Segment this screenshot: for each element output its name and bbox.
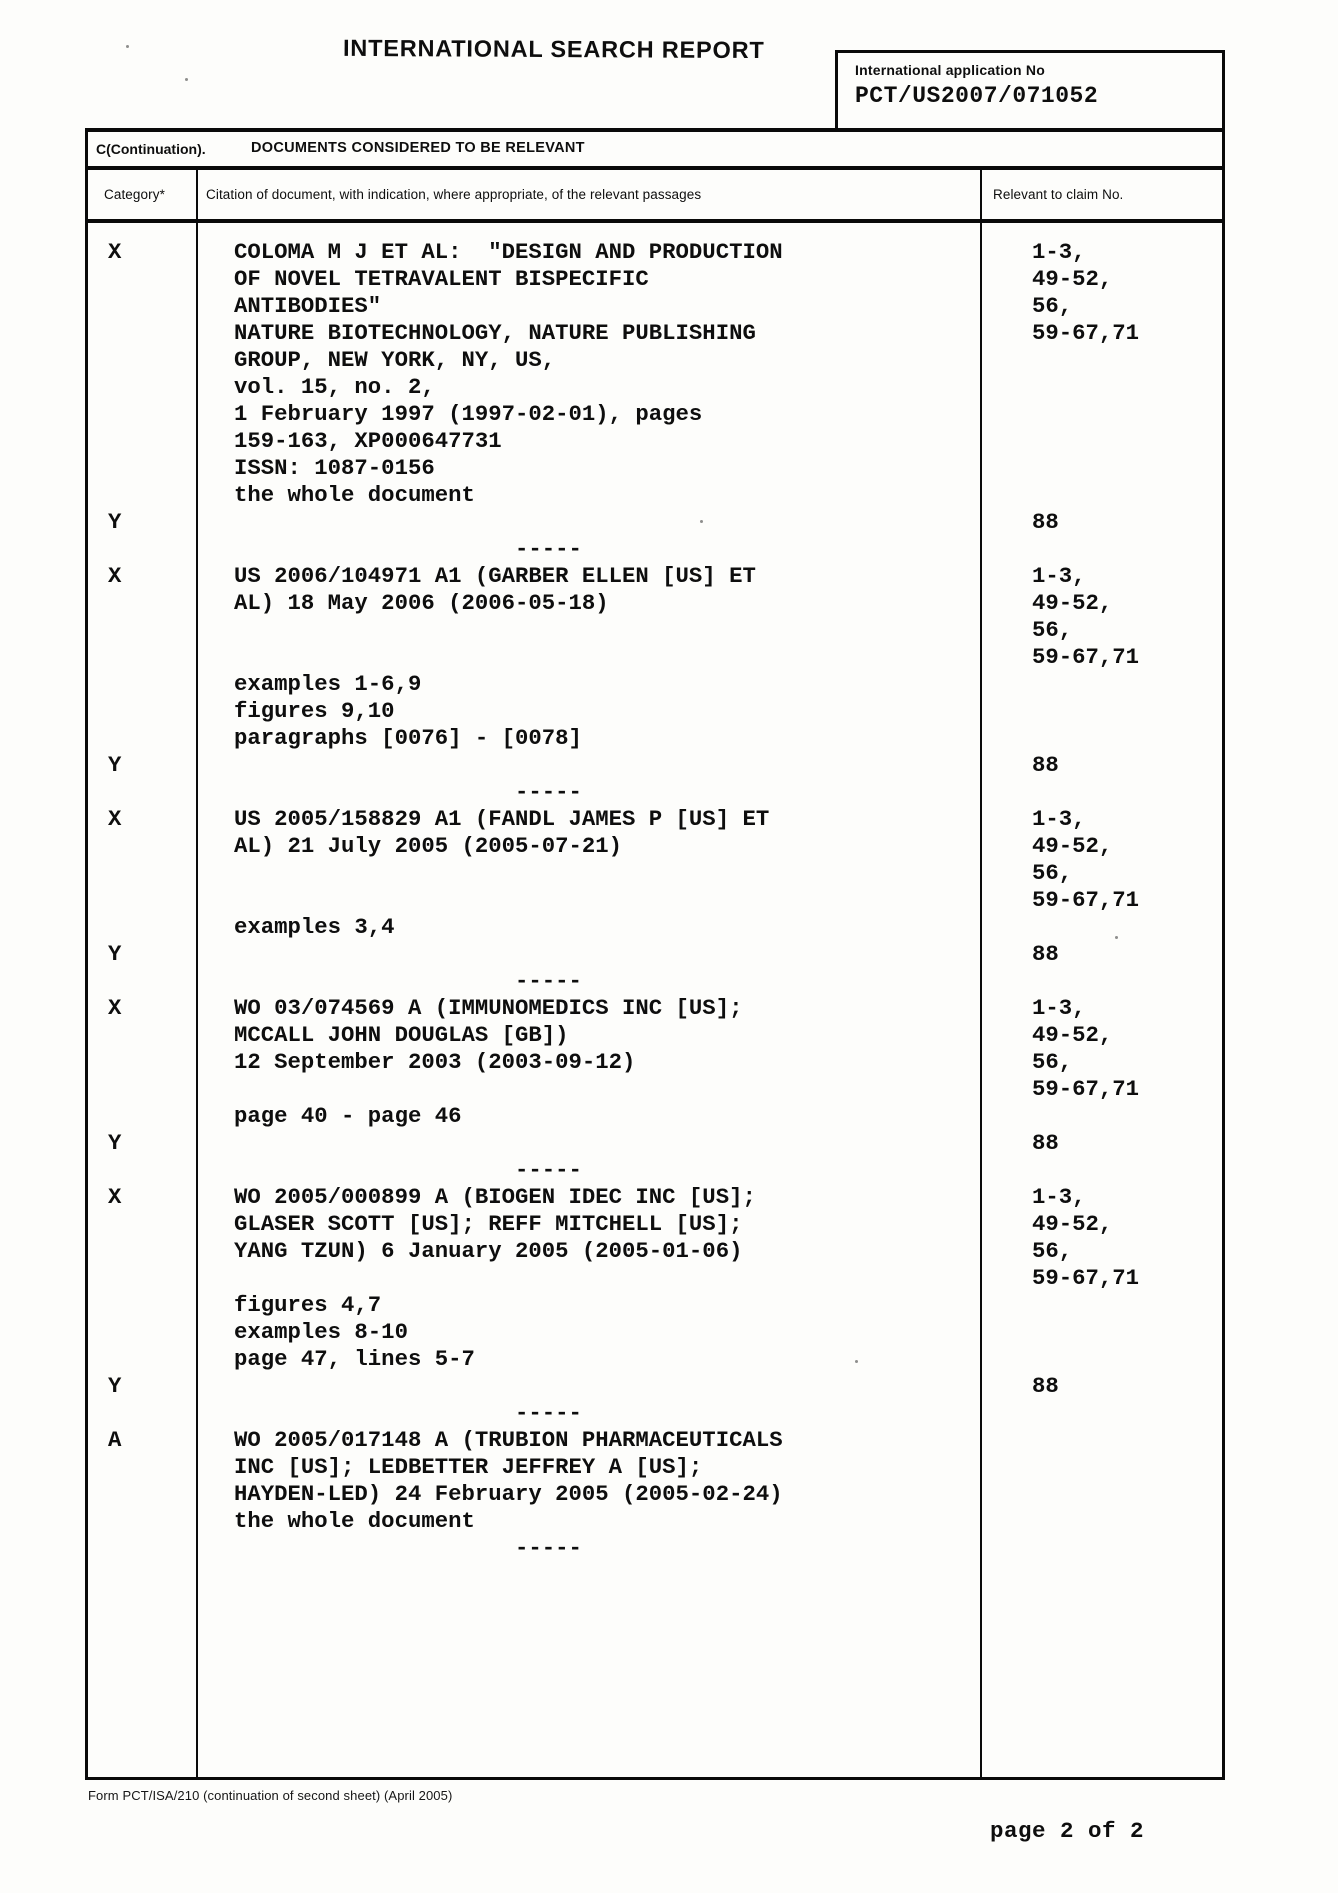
separator-row: ----- <box>88 1400 1222 1427</box>
column-header-citation: Citation of document, with indication, w… <box>206 187 701 202</box>
category-cell <box>88 1346 198 1373</box>
scan-speck <box>1115 936 1118 939</box>
category-cell <box>88 1535 198 1562</box>
citation-cell: US 2006/104971 A1 (GARBER ELLEN [US] ET <box>198 563 982 590</box>
table-line: 59-67,71 <box>88 1265 1222 1292</box>
table-line: YANG TZUN) 6 January 2005 (2005-01-06)56… <box>88 1238 1222 1265</box>
category-cell <box>88 293 198 320</box>
table-line: 59-67,71 <box>88 644 1222 671</box>
citation-cell: the whole document <box>198 482 982 509</box>
citation-cell: ANTIBODIES" <box>198 293 982 320</box>
citation-cell <box>198 860 982 887</box>
claims-cell <box>982 374 1222 401</box>
table-body: XCOLOMA M J ET AL: "DESIGN AND PRODUCTIO… <box>88 223 1222 1778</box>
citation-cell <box>198 617 982 644</box>
category-cell <box>88 914 198 941</box>
table-line: HAYDEN-LED) 24 February 2005 (2005-02-24… <box>88 1481 1222 1508</box>
table-line: MCCALL JOHN DOUGLAS [GB])49-52, <box>88 1022 1222 1049</box>
category-cell <box>88 536 198 563</box>
claims-cell <box>982 1103 1222 1130</box>
scan-speck <box>700 520 703 523</box>
table-line: Y88 <box>88 1373 1222 1400</box>
citation-cell: paragraphs [0076] - [0078] <box>198 725 982 752</box>
claims-cell: 49-52, <box>982 1211 1222 1238</box>
category-cell <box>88 1508 198 1535</box>
citation-cell: ----- <box>198 779 982 806</box>
claims-cell: 1-3, <box>982 1184 1222 1211</box>
citation-cell: ----- <box>198 1157 982 1184</box>
claims-cell <box>982 482 1222 509</box>
separator-row: ----- <box>88 1157 1222 1184</box>
citation-cell: WO 2005/000899 A (BIOGEN IDEC INC [US]; <box>198 1184 982 1211</box>
claims-cell <box>982 671 1222 698</box>
citation-cell: MCCALL JOHN DOUGLAS [GB]) <box>198 1022 982 1049</box>
claims-cell: 59-67,71 <box>982 1076 1222 1103</box>
category-cell <box>88 1238 198 1265</box>
scan-speck <box>855 1360 858 1363</box>
scan-speck <box>126 45 129 48</box>
table-line: page 47, lines 5-7 <box>88 1346 1222 1373</box>
application-number-label: International application No <box>855 62 1222 78</box>
table-line: Y88 <box>88 509 1222 536</box>
category-cell <box>88 347 198 374</box>
claims-cell: 1-3, <box>982 563 1222 590</box>
citation-cell: page 40 - page 46 <box>198 1103 982 1130</box>
claims-cell: 56, <box>982 1238 1222 1265</box>
claims-cell: 49-52, <box>982 1022 1222 1049</box>
citation-cell: WO 03/074569 A (IMMUNOMEDICS INC [US]; <box>198 995 982 1022</box>
citation-cell <box>198 1265 982 1292</box>
category-cell <box>88 1400 198 1427</box>
column-header-row: Category* Citation of document, with ind… <box>88 170 1222 223</box>
citation-cell: 12 September 2003 (2003-09-12) <box>198 1049 982 1076</box>
claims-cell <box>982 1346 1222 1373</box>
category-cell <box>88 1157 198 1184</box>
citation-cell: AL) 21 July 2005 (2005-07-21) <box>198 833 982 860</box>
table-line: 59-67,71 <box>88 887 1222 914</box>
claims-cell <box>982 455 1222 482</box>
claims-cell <box>982 779 1222 806</box>
category-cell <box>88 1211 198 1238</box>
citation-cell: ----- <box>198 536 982 563</box>
citation-cell: examples 8-10 <box>198 1319 982 1346</box>
claims-column-divider <box>980 170 982 219</box>
table-line: examples 3,4 <box>88 914 1222 941</box>
section-title: DOCUMENTS CONSIDERED TO BE RELEVANT <box>251 140 585 156</box>
separator-row: ----- <box>88 1535 1222 1562</box>
separator-row: ----- <box>88 536 1222 563</box>
citation-cell <box>198 752 982 779</box>
citation-cell: INC [US]; LEDBETTER JEFFREY A [US]; <box>198 1454 982 1481</box>
section-prefix: C(Continuation). <box>96 141 206 157</box>
claims-cell: 56, <box>982 860 1222 887</box>
table-line: AL) 21 July 2005 (2005-07-21)49-52, <box>88 833 1222 860</box>
scanned-page: INTERNATIONAL SEARCH REPORT Internationa… <box>0 0 1338 1893</box>
category-cell <box>88 968 198 995</box>
citation-cell: WO 2005/017148 A (TRUBION PHARMACEUTICAL… <box>198 1427 982 1454</box>
category-cell <box>88 1022 198 1049</box>
table-line: paragraphs [0076] - [0078] <box>88 725 1222 752</box>
category-cell <box>88 617 198 644</box>
category-cell <box>88 590 198 617</box>
table-line: AL) 18 May 2006 (2006-05-18)49-52, <box>88 590 1222 617</box>
claims-cell: 1-3, <box>982 806 1222 833</box>
category-cell <box>88 1049 198 1076</box>
category-cell: Y <box>88 752 198 779</box>
claims-cell <box>982 428 1222 455</box>
category-cell <box>88 482 198 509</box>
claims-cell <box>982 1319 1222 1346</box>
category-cell <box>88 1481 198 1508</box>
table-line: XCOLOMA M J ET AL: "DESIGN AND PRODUCTIO… <box>88 239 1222 266</box>
table-line: NATURE BIOTECHNOLOGY, NATURE PUBLISHING5… <box>88 320 1222 347</box>
application-box: International application No PCT/US2007/… <box>835 50 1225 131</box>
category-cell <box>88 644 198 671</box>
claims-cell: 88 <box>982 509 1222 536</box>
category-cell <box>88 671 198 698</box>
category-cell: X <box>88 1184 198 1211</box>
claims-cell: 49-52, <box>982 266 1222 293</box>
claims-cell: 49-52, <box>982 590 1222 617</box>
report-title: INTERNATIONAL SEARCH REPORT <box>343 35 765 64</box>
category-cell <box>88 698 198 725</box>
separator-row: ----- <box>88 968 1222 995</box>
table-line: XUS 2005/158829 A1 (FANDL JAMES P [US] E… <box>88 806 1222 833</box>
application-number: PCT/US2007/071052 <box>855 83 1222 109</box>
citation-cell: GROUP, NEW YORK, NY, US, <box>198 347 982 374</box>
claims-cell <box>982 1535 1222 1562</box>
category-cell: A <box>88 1427 198 1454</box>
citation-cell: NATURE BIOTECHNOLOGY, NATURE PUBLISHING <box>198 320 982 347</box>
citation-cell <box>198 1373 982 1400</box>
category-cell <box>88 1454 198 1481</box>
category-cell <box>88 320 198 347</box>
documents-table: C(Continuation). DOCUMENTS CONSIDERED TO… <box>85 128 1225 1780</box>
claims-cell: 49-52, <box>982 833 1222 860</box>
table-line: the whole document <box>88 482 1222 509</box>
claims-cell: 59-67,71 <box>982 644 1222 671</box>
category-cell <box>88 1076 198 1103</box>
citation-cell <box>198 644 982 671</box>
claims-cell <box>982 347 1222 374</box>
category-cell <box>88 266 198 293</box>
citation-cell: GLASER SCOTT [US]; REFF MITCHELL [US]; <box>198 1211 982 1238</box>
table-line: GLASER SCOTT [US]; REFF MITCHELL [US];49… <box>88 1211 1222 1238</box>
category-cell <box>88 1103 198 1130</box>
citation-cell: US 2005/158829 A1 (FANDL JAMES P [US] ET <box>198 806 982 833</box>
category-cell: Y <box>88 1130 198 1157</box>
table-line: Y88 <box>88 941 1222 968</box>
citation-cell: ISSN: 1087-0156 <box>198 455 982 482</box>
table-line: 59-67,71 <box>88 1076 1222 1103</box>
category-cell <box>88 1292 198 1319</box>
category-cell <box>88 725 198 752</box>
table-line: 12 September 2003 (2003-09-12)56, <box>88 1049 1222 1076</box>
category-cell <box>88 860 198 887</box>
citation-cell: the whole document <box>198 1508 982 1535</box>
category-cell: Y <box>88 509 198 536</box>
citation-cell: AL) 18 May 2006 (2006-05-18) <box>198 590 982 617</box>
category-cell <box>88 1265 198 1292</box>
table-line: XWO 2005/000899 A (BIOGEN IDEC INC [US];… <box>88 1184 1222 1211</box>
table-line: AWO 2005/017148 A (TRUBION PHARMACEUTICA… <box>88 1427 1222 1454</box>
claims-cell: 59-67,71 <box>982 887 1222 914</box>
claims-cell <box>982 698 1222 725</box>
claims-cell <box>982 536 1222 563</box>
claims-cell: 88 <box>982 1373 1222 1400</box>
table-line: the whole document <box>88 1508 1222 1535</box>
claims-cell <box>982 1427 1222 1454</box>
table-line: ANTIBODIES"56, <box>88 293 1222 320</box>
scan-speck <box>185 78 188 81</box>
category-cell: X <box>88 995 198 1022</box>
category-cell <box>88 833 198 860</box>
column-header-category: Category* <box>104 187 165 202</box>
citation-cell <box>198 1076 982 1103</box>
category-cell: Y <box>88 941 198 968</box>
citation-cell <box>198 941 982 968</box>
category-cell <box>88 374 198 401</box>
table-line: INC [US]; LEDBETTER JEFFREY A [US]; <box>88 1454 1222 1481</box>
claims-cell <box>982 725 1222 752</box>
table-line: Y88 <box>88 1130 1222 1157</box>
table-line: 159-163, XP000647731 <box>88 428 1222 455</box>
table-line: examples 8-10 <box>88 1319 1222 1346</box>
claims-cell <box>982 1292 1222 1319</box>
table-body-lines: XCOLOMA M J ET AL: "DESIGN AND PRODUCTIO… <box>88 239 1222 1562</box>
category-cell: X <box>88 563 198 590</box>
citation-cell: COLOMA M J ET AL: "DESIGN AND PRODUCTION <box>198 239 982 266</box>
citation-cell: 159-163, XP000647731 <box>198 428 982 455</box>
citation-cell: vol. 15, no. 2, <box>198 374 982 401</box>
category-cell <box>88 401 198 428</box>
claims-cell <box>982 1481 1222 1508</box>
table-line: 56, <box>88 617 1222 644</box>
table-line: examples 1-6,9 <box>88 671 1222 698</box>
citation-cell <box>198 509 982 536</box>
claims-cell: 88 <box>982 752 1222 779</box>
table-line: 56, <box>88 860 1222 887</box>
claims-cell <box>982 401 1222 428</box>
table-line: OF NOVEL TETRAVALENT BISPECIFIC49-52, <box>88 266 1222 293</box>
table-line: Y88 <box>88 752 1222 779</box>
citation-cell: examples 1-6,9 <box>198 671 982 698</box>
citation-cell: page 47, lines 5-7 <box>198 1346 982 1373</box>
claims-cell: 56, <box>982 617 1222 644</box>
category-cell: Y <box>88 1373 198 1400</box>
claims-cell: 56, <box>982 293 1222 320</box>
table-line: 1 February 1997 (1997-02-01), pages <box>88 401 1222 428</box>
citation-cell: 1 February 1997 (1997-02-01), pages <box>198 401 982 428</box>
category-cell <box>88 779 198 806</box>
separator-row: ----- <box>88 779 1222 806</box>
claims-cell: 59-67,71 <box>982 1265 1222 1292</box>
claims-cell: 88 <box>982 1130 1222 1157</box>
citation-cell <box>198 1130 982 1157</box>
citation-cell: HAYDEN-LED) 24 February 2005 (2005-02-24… <box>198 1481 982 1508</box>
claims-cell: 1-3, <box>982 995 1222 1022</box>
table-line: XWO 03/074569 A (IMMUNOMEDICS INC [US];1… <box>88 995 1222 1022</box>
table-line: page 40 - page 46 <box>88 1103 1222 1130</box>
category-cell <box>88 887 198 914</box>
category-cell: X <box>88 239 198 266</box>
citation-cell: OF NOVEL TETRAVALENT BISPECIFIC <box>198 266 982 293</box>
citation-cell: figures 4,7 <box>198 1292 982 1319</box>
citation-cell: ----- <box>198 1535 982 1562</box>
claims-cell <box>982 968 1222 995</box>
table-line: ISSN: 1087-0156 <box>88 455 1222 482</box>
table-line: vol. 15, no. 2, <box>88 374 1222 401</box>
category-cell: X <box>88 806 198 833</box>
citation-cell <box>198 887 982 914</box>
category-cell <box>88 455 198 482</box>
table-line: figures 9,10 <box>88 698 1222 725</box>
page-indicator: page 2 of 2 <box>990 1818 1144 1844</box>
citation-cell: figures 9,10 <box>198 698 982 725</box>
category-column-divider <box>196 170 198 219</box>
claims-cell <box>982 1157 1222 1184</box>
section-header-row: C(Continuation). DOCUMENTS CONSIDERED TO… <box>88 132 1222 170</box>
claims-cell <box>982 1400 1222 1427</box>
table-line: figures 4,7 <box>88 1292 1222 1319</box>
category-cell <box>88 428 198 455</box>
claims-cell <box>982 1454 1222 1481</box>
table-line: XUS 2006/104971 A1 (GARBER ELLEN [US] ET… <box>88 563 1222 590</box>
table-line: GROUP, NEW YORK, NY, US, <box>88 347 1222 374</box>
citation-cell: ----- <box>198 968 982 995</box>
form-footer: Form PCT/ISA/210 (continuation of second… <box>88 1788 452 1803</box>
claims-cell <box>982 914 1222 941</box>
citation-cell: examples 3,4 <box>198 914 982 941</box>
claims-cell: 88 <box>982 941 1222 968</box>
citation-cell: ----- <box>198 1400 982 1427</box>
category-cell <box>88 1319 198 1346</box>
claims-cell <box>982 1508 1222 1535</box>
claims-cell: 1-3, <box>982 239 1222 266</box>
citation-cell: YANG TZUN) 6 January 2005 (2005-01-06) <box>198 1238 982 1265</box>
claims-cell: 59-67,71 <box>982 320 1222 347</box>
column-header-claims: Relevant to claim No. <box>993 187 1123 202</box>
claims-cell: 56, <box>982 1049 1222 1076</box>
